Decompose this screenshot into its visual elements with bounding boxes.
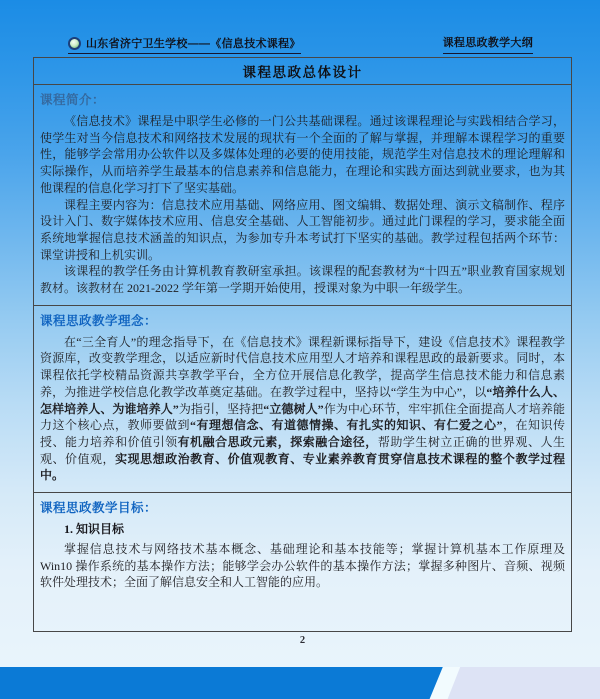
teaching-philosophy-heading: 课程思政教学理念：: [40, 314, 565, 329]
page-background: 山东省济宁卫生学校——《信息技术课程》 课程思政教学大纲 课程思政总体设计 课程…: [0, 0, 600, 699]
document-table: 课程思政总体设计 课程简介： 《信息技术》课程是中职学生必修的一门公共基础课程。…: [33, 57, 572, 632]
section-teaching-objectives: 课程思政教学目标： 1. 知识目标 掌握信息技术与网络技术基本概念、基础理论和基…: [34, 492, 571, 599]
doc-title-row: 课程思政总体设计: [34, 58, 571, 85]
page-number: 2: [33, 635, 572, 646]
running-header: 山东省济宁卫生学校——《信息技术课程》 课程思政教学大纲: [0, 33, 600, 54]
course-intro-heading: 课程简介：: [40, 93, 565, 108]
course-intro-paragraph-2: 课程主要内容为：信息技术应用基础、网络应用、图文编辑、数据处理、演示文稿制作、程…: [40, 197, 565, 264]
doc-title: 课程思政总体设计: [243, 61, 363, 81]
school-logo-icon: [68, 37, 81, 50]
section-course-intro: 课程简介： 《信息技术》课程是中职学生必修的一门公共基础课程。通过该课程理论与实…: [34, 85, 571, 305]
school-name: 山东省济宁卫生学校——《信息技术课程》: [86, 35, 301, 51]
course-intro-paragraph-3: 该课程的教学任务由计算机教育教研室承担。该课程的配套教材为“十四五”职业教育国家…: [40, 263, 565, 296]
knowledge-objective-paragraph: 掌握信息技术与网络技术基本概念、基础理论和基本技能等；掌握计算机基本工作原理及 …: [40, 541, 565, 591]
course-intro-paragraph-1: 《信息技术》课程是中职学生必修的一门公共基础课程。通过该课程理论与实践相结合学习…: [40, 113, 565, 197]
knowledge-objective-subheading: 1. 知识目标: [40, 521, 565, 538]
footer-band: [0, 667, 600, 699]
school-header: 山东省济宁卫生学校——《信息技术课程》: [68, 35, 301, 54]
doc-type-label: 课程思政教学大纲: [443, 37, 533, 49]
doc-type-header: 课程思政教学大纲: [443, 33, 533, 54]
teaching-philosophy-paragraph: 在“三全育人”的理念指导下，在《信息技术》课程新课标指导下，建设《信息技术》课程…: [40, 334, 565, 484]
section-teaching-philosophy: 课程思政教学理念： 在“三全育人”的理念指导下，在《信息技术》课程新课标指导下，…: [34, 305, 571, 492]
teaching-objectives-heading: 课程思政教学目标：: [40, 501, 565, 516]
